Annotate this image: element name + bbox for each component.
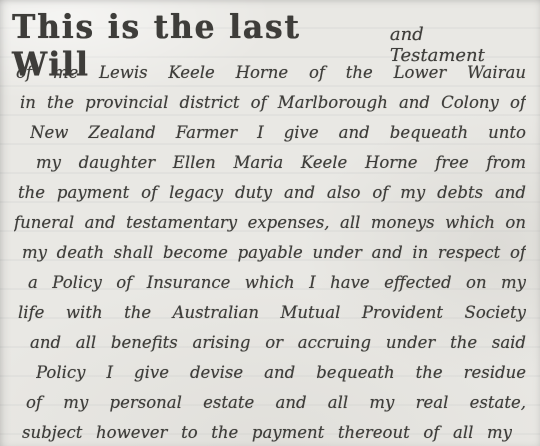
manuscript-line: in the provincial district of Marlboroug…	[20, 88, 526, 118]
manuscript-line: my daughter Ellen Maria Keele Horne free…	[36, 148, 526, 178]
manuscript-page: This is the last Will and Testament of m…	[0, 0, 540, 446]
heading-blackletter: This is the last Will	[12, 9, 390, 84]
manuscript-line: New Zealand Farmer I give and bequeath u…	[30, 118, 526, 148]
manuscript-line: a Policy of Insurance which I have effec…	[28, 268, 526, 298]
manuscript-line: and all benefits arising or accruing und…	[30, 328, 526, 358]
manuscript-text: This is the last Will and Testament of m…	[10, 12, 526, 446]
will-heading: This is the last Will and Testament	[12, 12, 526, 58]
manuscript-line: funeral and testamentary expenses, all m…	[14, 208, 526, 238]
manuscript-line: the payment of legacy duty and also of m…	[18, 178, 526, 208]
manuscript-line: my death shall become payable under and …	[22, 238, 526, 268]
manuscript-line: life with the Australian Mutual Providen…	[18, 298, 526, 328]
manuscript-line: of my personal estate and all my real es…	[26, 388, 526, 418]
manuscript-line: Policy I give devise and bequeath the re…	[36, 358, 526, 388]
manuscript-line: subject however to the payment thereout …	[22, 418, 512, 446]
